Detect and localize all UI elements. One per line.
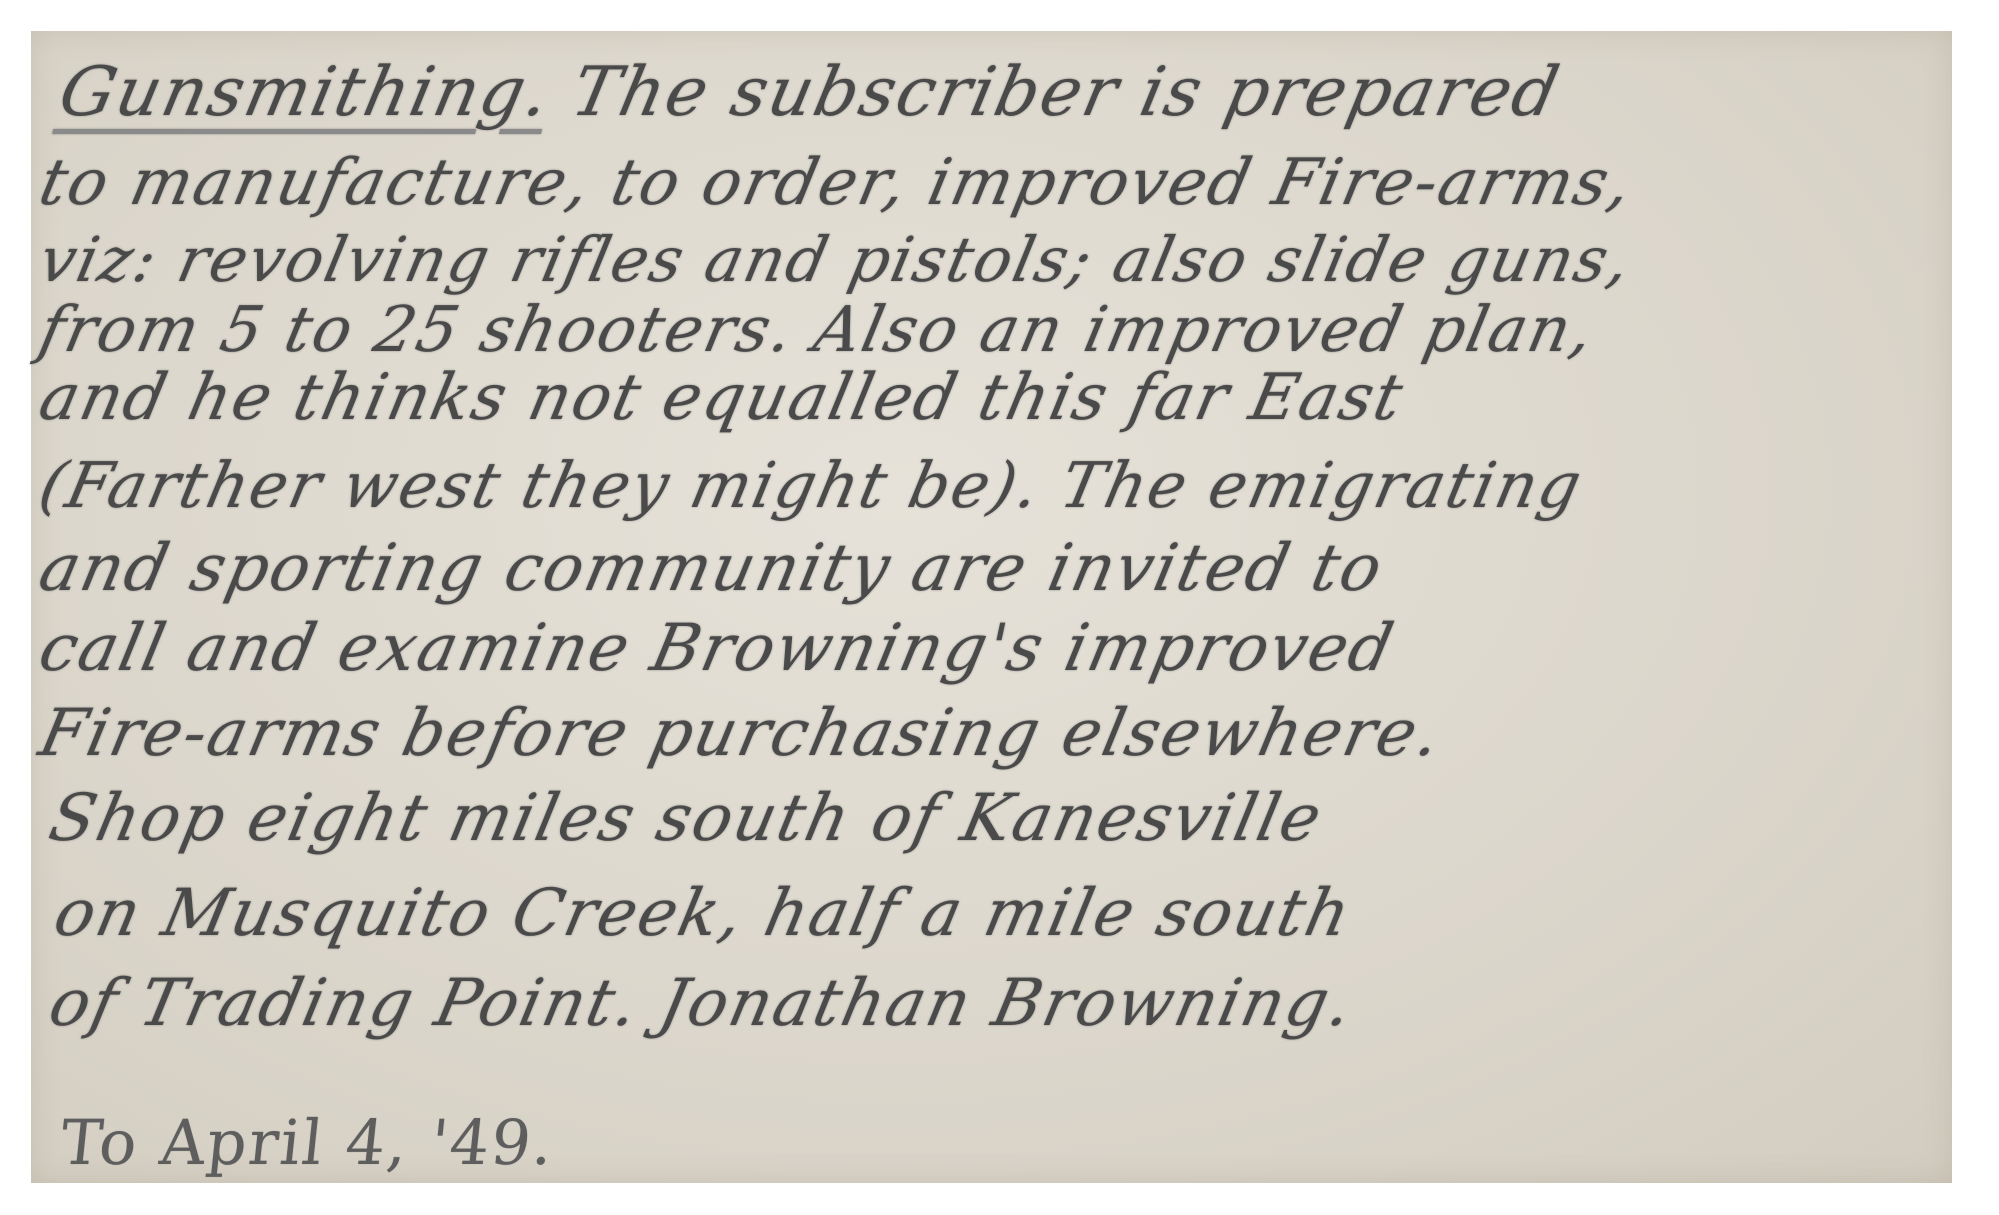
line-5: and he thinks not equalled this far East bbox=[33, 361, 1410, 435]
heading: Gunsmithing. bbox=[53, 53, 559, 132]
line-8: call and examine Browning's improved bbox=[33, 611, 1401, 686]
line-2: to manufacture, to order, improved Fire-… bbox=[33, 146, 1639, 220]
line-text: The subscriber is prepared bbox=[565, 53, 1567, 132]
footer-date: To April 4, '49. bbox=[57, 1106, 558, 1179]
line-3: viz: revolving rifles and pistols; also … bbox=[33, 223, 1638, 296]
handwritten-note-card: Gunsmithing. The subscriber is prepared … bbox=[31, 31, 1952, 1183]
line-10: Shop eight miles south of Kanesville bbox=[43, 781, 1329, 856]
line-6: (Farther west they might be). The emigra… bbox=[33, 449, 1589, 522]
line-9: Fire-arms before purchasing elsewhere. bbox=[33, 696, 1448, 771]
line-7: and sporting community are invited to bbox=[33, 531, 1390, 606]
line-11: on Musquito Creek, half a mile south bbox=[48, 876, 1358, 951]
line-4: from 5 to 25 shooters. Also an improved … bbox=[33, 293, 1601, 366]
line-1: Gunsmithing. The subscriber is prepared bbox=[53, 53, 1568, 132]
line-12: of Trading Point. Jonathan Browning. bbox=[43, 966, 1360, 1041]
